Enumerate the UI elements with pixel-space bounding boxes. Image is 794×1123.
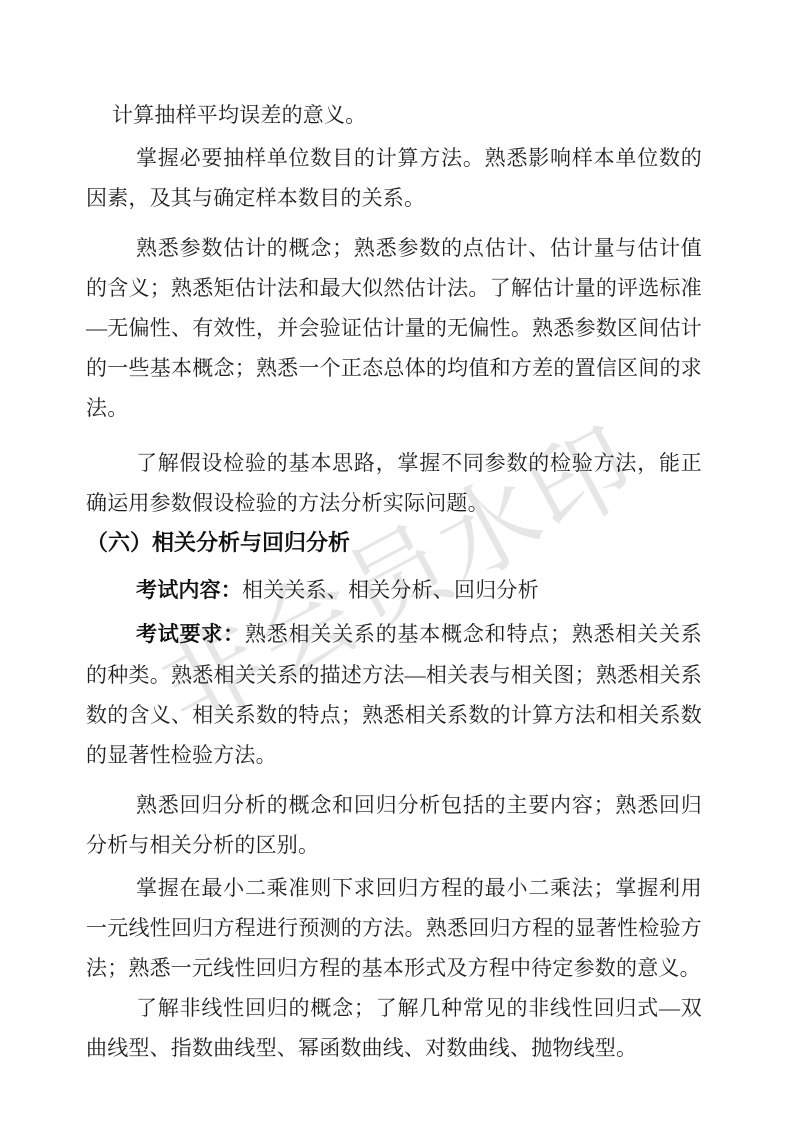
exam-content-label: 考试内容： xyxy=(136,579,242,602)
paragraph-sample-size: 掌握必要抽样单位数目的计算方法。熟悉影响样本单位数的因素，及其与确定样本数目的关… xyxy=(86,138,702,218)
paragraph-exam-requirements: 考试要求：熟悉相关关系的基本概念和特点；熟悉相关关系的种类。熟悉相关关系的描述方… xyxy=(86,614,702,775)
paragraph-regression-concept: 熟悉回归分析的概念和回归分析包括的主要内容；熟悉回归分析与相关分析的区别。 xyxy=(86,785,702,865)
paragraph-parameter-estimation: 熟悉参数估计的概念；熟悉参数的点估计、估计量与估计值的含义；熟悉矩估计法和最大似… xyxy=(86,228,702,428)
paragraph-nonlinear-regression: 了解非线性回归的概念；了解几种常见的非线性回归式—双曲线型、指数曲线型、幂函数曲… xyxy=(86,988,702,1068)
paragraph-sampling-error: 计算抽样平均误差的意义。 xyxy=(86,95,702,135)
document-page: 非会员水印 计算抽样平均误差的意义。 掌握必要抽样单位数目的计算方法。熟悉影响样… xyxy=(0,0,794,1123)
section-heading: （六）相关分析与回归分析 xyxy=(86,523,702,563)
paragraph-least-squares: 掌握在最小二乘准则下求回归方程的最小二乘法；掌握利用一元线性回归方程进行预测的方… xyxy=(86,868,702,988)
paragraph-exam-content: 考试内容：相关关系、相关分析、回归分析 xyxy=(86,570,702,611)
paragraph-hypothesis-testing: 了解假设检验的基本思路，掌握不同参数的检验方法，能正确运用参数假设检验的方法分析… xyxy=(86,443,702,523)
page-content: 计算抽样平均误差的意义。 掌握必要抽样单位数目的计算方法。熟悉影响样本单位数的因… xyxy=(86,95,702,1068)
exam-content-text: 相关关系、相关分析、回归分析 xyxy=(242,578,539,602)
exam-requirements-label: 考试要求： xyxy=(136,623,245,646)
